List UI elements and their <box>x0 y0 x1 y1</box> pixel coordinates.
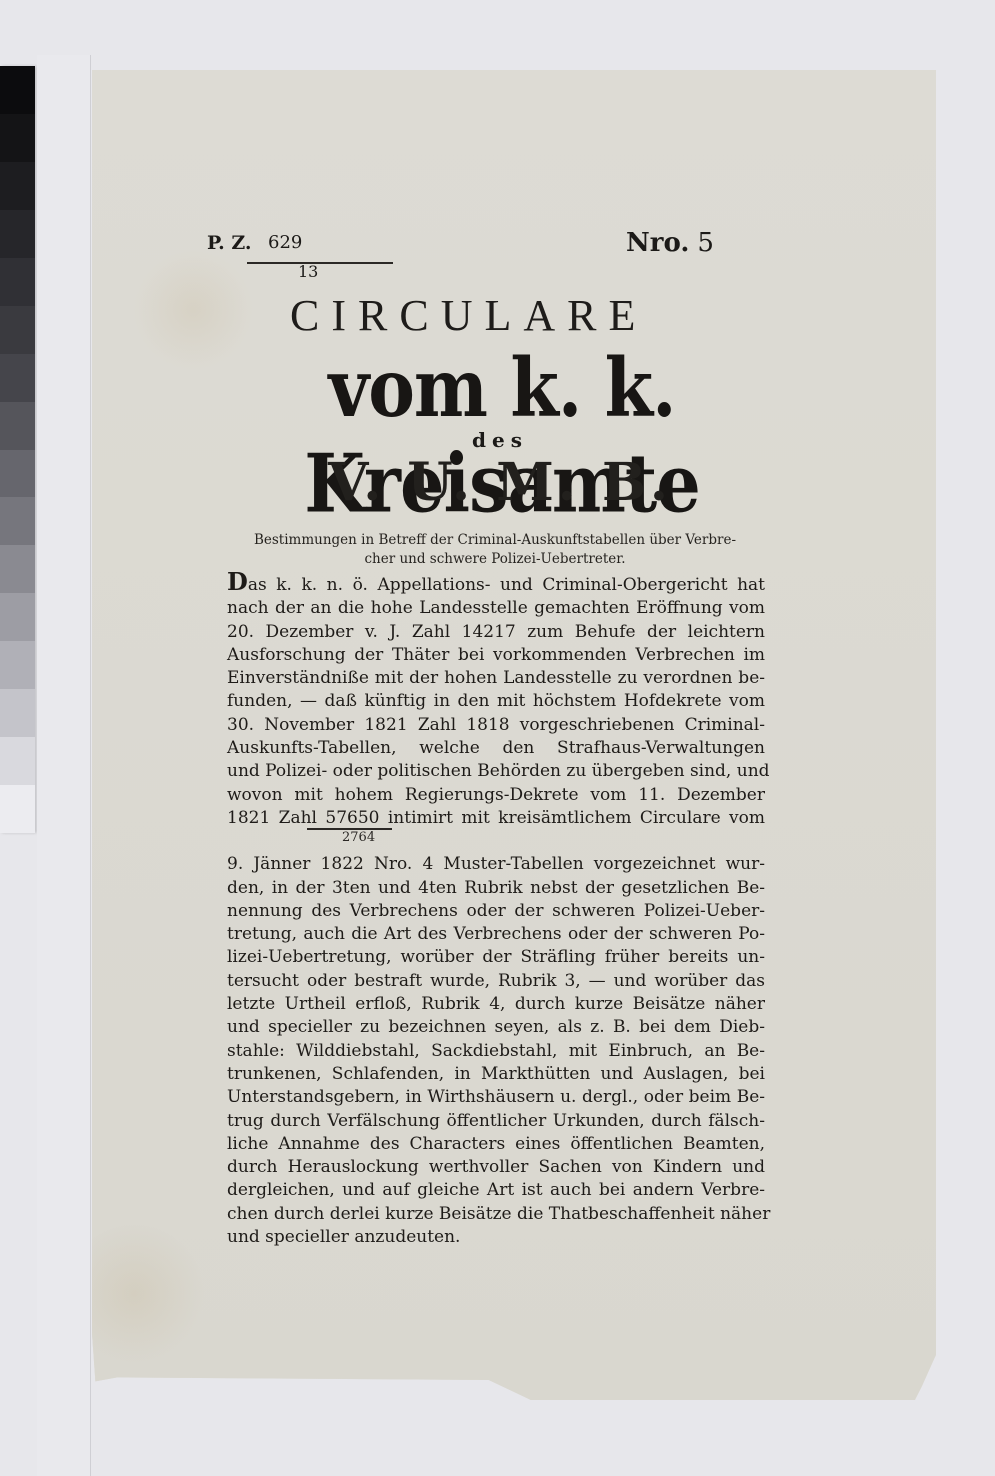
grayscale-step <box>0 450 35 498</box>
grayscale-step <box>0 497 35 545</box>
grayscale-step <box>0 737 35 785</box>
subject-heading: Bestimmungen in Betreff der Criminal-Aus… <box>225 531 765 569</box>
body-line: liche Annahme des Characters eines öffen… <box>227 1133 765 1156</box>
body-line: tersucht oder bestraft wurde, Rubrik 3, … <box>227 970 765 993</box>
body-line: chen durch derlei kurze Beisätze die Tha… <box>227 1203 765 1226</box>
fraction-line <box>247 262 393 264</box>
title-circulare: CIRCULARE <box>290 290 740 341</box>
body-line: nach der an die hohe Landesstelle gemach… <box>227 597 765 620</box>
body-paragraph: Das k. k. n. ö. Appellations- und Crimin… <box>227 570 765 1249</box>
body-line: 30. November 1821 Zahl 1818 vorgeschrieb… <box>227 714 765 737</box>
grayscale-step <box>0 785 35 833</box>
body-line: dergleichen, und auf gleiche Art ist auc… <box>227 1179 765 1202</box>
body-line: und specieller anzudeuten. <box>227 1226 765 1249</box>
body-line: Auskunfts-Tabellen, welche den Strafhaus… <box>227 737 765 760</box>
grayscale-step <box>0 545 35 593</box>
issue-number: Nro.5 <box>626 228 714 258</box>
grayscale-step <box>0 593 35 641</box>
grayscale-step <box>0 689 35 737</box>
body-line: den, in der 3ten und 4ten Rubrik nebst d… <box>227 877 765 900</box>
body-line: 20. Dezember v. J. Zahl 14217 zum Behufe… <box>227 621 765 644</box>
nro-label: Nro. <box>626 228 689 258</box>
line-gap <box>227 830 765 853</box>
drop-cap: D <box>227 567 248 596</box>
body-line: und Polizei- oder politischen Behörden z… <box>227 760 765 783</box>
subject-line: cher und schwere Polizei-Uebertreter. <box>225 550 765 569</box>
grayscale-step <box>0 66 35 114</box>
grayscale-step <box>0 354 35 402</box>
pz-denominator: 13 <box>298 262 318 281</box>
grayscale-step <box>0 210 35 258</box>
body-line: Das k. k. n. ö. Appellations- und Crimin… <box>227 570 765 597</box>
body-line: wovon mit hohem Regierungs-Dekrete vom 1… <box>227 784 765 807</box>
body-line-text: as k. k. n. ö. Appellations- und Crimina… <box>248 575 765 595</box>
pz-label: P. Z. <box>207 232 252 254</box>
grayscale-step <box>0 258 35 306</box>
body-line: 1821 Zahl 57650 intimirt mit kreisämtlic… <box>227 807 765 830</box>
title-des: des <box>300 428 700 452</box>
nro-number: 5 <box>697 228 714 258</box>
grayscale-step <box>0 641 35 689</box>
body-line: trug durch Verfälschung öffentlicher Urk… <box>227 1110 765 1133</box>
pz-number: 629 <box>268 232 302 253</box>
grayscale-step <box>0 402 35 450</box>
handwritten-annotation: 2764 <box>342 830 375 845</box>
grayscale-step <box>0 162 35 210</box>
body-line: Einverständniße mit der hohen Landesstel… <box>227 667 765 690</box>
subject-line: Bestimmungen in Betreff der Criminal-Aus… <box>225 531 765 550</box>
body-line: 9. Jänner 1822 Nro. 4 Muster-Tabellen vo… <box>227 853 765 876</box>
body-line: stahle: Wilddiebstahl, Sackdiebstahl, mi… <box>227 1040 765 1063</box>
body-line: Ausforschung der Thäter bei vorkommenden… <box>227 644 765 667</box>
body-line: und specieller zu bezeichnen seyen, als … <box>227 1016 765 1039</box>
body-line: lizei-Uebertretung, worüber der Sträflin… <box>227 946 765 969</box>
grayscale-step <box>0 114 35 162</box>
grayscale-calibration-strip <box>0 66 35 833</box>
body-line: tretung, auch die Art des Verbrechens od… <box>227 923 765 946</box>
body-line: durch Herauslockung werthvoller Sachen v… <box>227 1156 765 1179</box>
body-line: trunkenen, Schlafenden, in Markthütten u… <box>227 1063 765 1086</box>
title-district: V. U. M. B. <box>300 452 700 513</box>
body-line: Unterstandsgebern, in Wirthshäusern u. d… <box>227 1086 765 1109</box>
grayscale-step <box>0 306 35 354</box>
body-line: funden, — daß künftig in den mit höchste… <box>227 690 765 713</box>
body-line: letzte Urtheil erfloß, Rubrik 4, durch k… <box>227 993 765 1016</box>
mounting-board <box>37 55 91 1476</box>
body-line: nennung des Verbrechens oder der schwere… <box>227 900 765 923</box>
